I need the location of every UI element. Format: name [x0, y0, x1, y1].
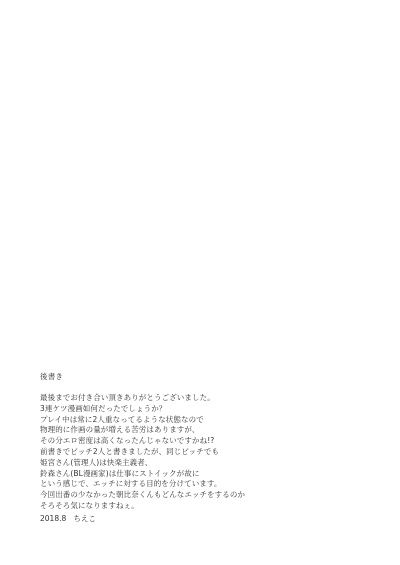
- body-line: 最後までお付き合い頂きありがとうございました。: [40, 393, 245, 404]
- body-line: という感じで、エッチに対する目的を分けています。: [40, 479, 245, 490]
- body-line: 鈴森さん(BL漫画家)は仕事にストイックが故に: [40, 469, 245, 480]
- body-line: 前書きでビッチ2人と書きましたが、同じビッチでも: [40, 447, 245, 458]
- body-line: 今回出番の少なかった朝比奈くんもどんなエッチをするのか: [40, 490, 245, 501]
- signature-author: ちえこ: [73, 514, 96, 523]
- afterword-title: 後書き: [40, 372, 63, 382]
- signature: 2018.8 ちえこ: [40, 514, 96, 524]
- body-line: 姫宮さん(管理人)は快楽主義者、: [40, 458, 245, 469]
- body-line: プレイ中は常に2人重なってるような状態なので: [40, 415, 245, 426]
- body-line: 3連ケツ漫画如何だったでしょうか？: [40, 404, 245, 415]
- signature-date: 2018.8: [40, 514, 66, 523]
- afterword-body: 最後までお付き合い頂きありがとうございました。 3連ケツ漫画如何だったでしょうか…: [40, 393, 245, 512]
- body-line: その分エロ密度は高くなったんじゃないですかね!?: [40, 436, 245, 447]
- body-line: そろそろ気になりますねぇ。: [40, 501, 245, 512]
- document-page: 後書き 最後までお付き合い頂きありがとうございました。 3連ケツ漫画如何だったで…: [0, 0, 400, 565]
- body-line: 物理的に作画の量が増える苦労はありますが、: [40, 425, 245, 436]
